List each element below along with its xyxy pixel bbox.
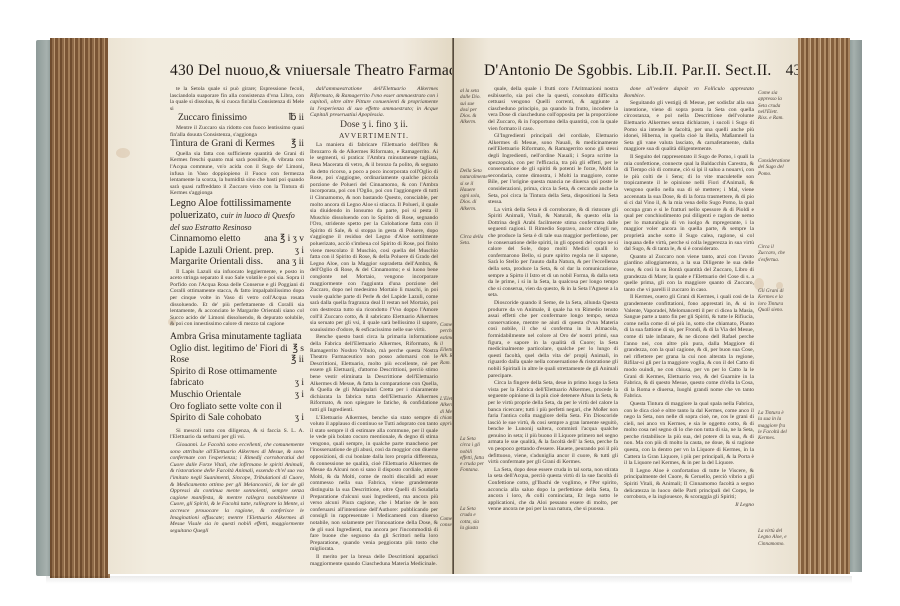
recipe-item: Tintura de Grani di Kermes℥ ii [170,139,304,151]
recipe-item: Zuccaro finissimo℔ ii [170,113,304,125]
paragraph: La virtù della Seta è di corroborare, & … [488,207,618,299]
paragraph: Dioscoride quando il Seme, de la Seta, a… [488,300,618,379]
margin-note: Della Seta naturalmente si se il Hauere … [460,168,484,212]
catchword: Il Legno [624,502,754,509]
running-title: Del nuouo,& vniuersale Theatro Farmaceut… [198,62,454,79]
paragraph: Seguitando gli vestigij di Mesue, per so… [624,100,754,153]
paragraph: Si mescoli tutto con diligenza, & si fac… [170,428,304,441]
margin-note: La Seta circa i gli nobili effetti, fatt… [460,436,484,474]
paragraph: Quanto al Zuccaro non viene tanto, anzi … [624,254,754,294]
margin-note: La Seta cruda e cotta, sia la giusta [460,506,484,531]
recipe-item: Oro fogliato sette volte con il Spirito … [170,402,304,425]
recipe-item: Cinnamomo elettoana ℥ i ʒ v [170,234,304,246]
paragraph: Giouanni. Le Facoltà sono eccellenti, ch… [170,442,304,534]
book-shadow [46,576,852,584]
paragraph: Il Legno Aloe è confortatiuo di tutte le… [624,468,754,501]
right-column-1: quale, della quale i frutti coro l'Aritm… [488,86,618,514]
margin-note: al la seta dalle Dio. sui sue dosi per D… [460,88,484,126]
recipe-item: Spirito di Rose ottimamente fabricatoʒ i [170,367,304,390]
recipe-item: Oglio dist. legitimo de' Fiori di Rose℥ … [170,344,304,367]
recipe-item: Muschio Orientaleʒ i [170,390,304,402]
margin-note: Gli Grani di Kermes e la loro Tintura Qu… [758,288,788,313]
paragraph: te la Setola quale si può girare; Espres… [170,86,304,112]
page-number: 430 [170,62,194,79]
margin-note: Circa della Seta. [460,234,484,247]
paragraph: Gl'Ingredienti principali del cordiale, … [488,133,618,206]
right-column-2: done all'vedere dapoit vn Folliculo appr… [624,86,754,508]
paragraph: quale, della quale i frutti coro l'Aritm… [488,86,618,132]
right-page: D'Antonio De Sgobbis. Lib.II. Par.II. Se… [454,38,798,574]
recipe-item: Ambra Grisa minutamente tagliata℥ s [170,332,304,344]
recipe-item: Margarite Orientali diss.ana ʒ ii [170,257,304,269]
paragraph: Questa Tintura di maggiore la qual spala… [624,401,754,467]
page-edges-left [50,38,110,578]
paragraph: Il Lapis Lazuli sia infuocato leggiermen… [170,269,304,328]
recipe-item: Lapide Lazuli Orient. prep.ʒ i [170,246,304,258]
paragraph: Mentre il Zuccaro sia ridotto con fuoco … [170,125,304,138]
paragraph: dall'ammaestratione dell'Elettuario Alke… [310,86,438,119]
recipe-item: Legno Aloe fottilissimamente poluerizato… [170,198,304,234]
margin-note: La Tintura è la sua in la maggiore fra l… [758,410,788,441]
page-edges-right [796,38,850,574]
margin-note: Consideratione del Sugo del Pomo. [758,158,788,177]
paragraph: Quella sia fatta con sufficiente quantit… [170,151,304,197]
margin-note: Come sia appresso la Seta cruda nell'Ele… [758,90,788,121]
paragraph: La maniera di fabricare l'Elettuario del… [310,142,438,333]
section-heading: AVVERTIMENTI. [310,133,438,140]
paragraph: L'Elettuario Alkermes, benche sia stato … [310,415,438,553]
paragraph: Benche questo basti circa la primaria in… [310,334,438,413]
paragraph: La Seta, dopo deue essere cruda in tal s… [488,467,618,513]
paragraph: Il merito per la breua delle Descrittion… [310,554,438,567]
paragraph: Circa la fingere della Seta, deue in pri… [488,380,618,466]
left-column-1: te la Setola quale si può girare; Espres… [170,86,304,535]
open-book: 430 Del nuouo,& vniuersale Theatro Farma… [36,36,862,584]
paragraph: Il Kermes, ouero gli Grani di Kermes, i … [624,294,754,400]
paragraph: done all'vedere dapoit vn Folliculo appr… [624,86,754,99]
margin-note: Circa il Zuccaro, che s'esfertua. [758,244,788,263]
running-head: 430 Del nuouo,& vniuersale Theatro Farma… [170,62,454,80]
page-number: 431 [786,62,798,79]
left-page: 430 Del nuouo,& vniuersale Theatro Farma… [108,38,454,574]
dose-line: Dose ʒ i. fino ʒ ii. [310,122,438,129]
running-title: D'Antonio De Sgobbis. Lib.II. Par.II. Se… [484,62,772,79]
left-column-2: dall'ammaestratione dell'Elettuario Alke… [310,86,438,568]
margin-note: La virtù del Legno Aloe, e Cinnamomo. [758,528,788,547]
foxing-stain [116,148,130,158]
running-head: D'Antonio De Sgobbis. Lib.II. Par.II. Se… [484,62,798,80]
paragraph: Il Seguito del rappresentato il Sugo de … [624,154,754,253]
